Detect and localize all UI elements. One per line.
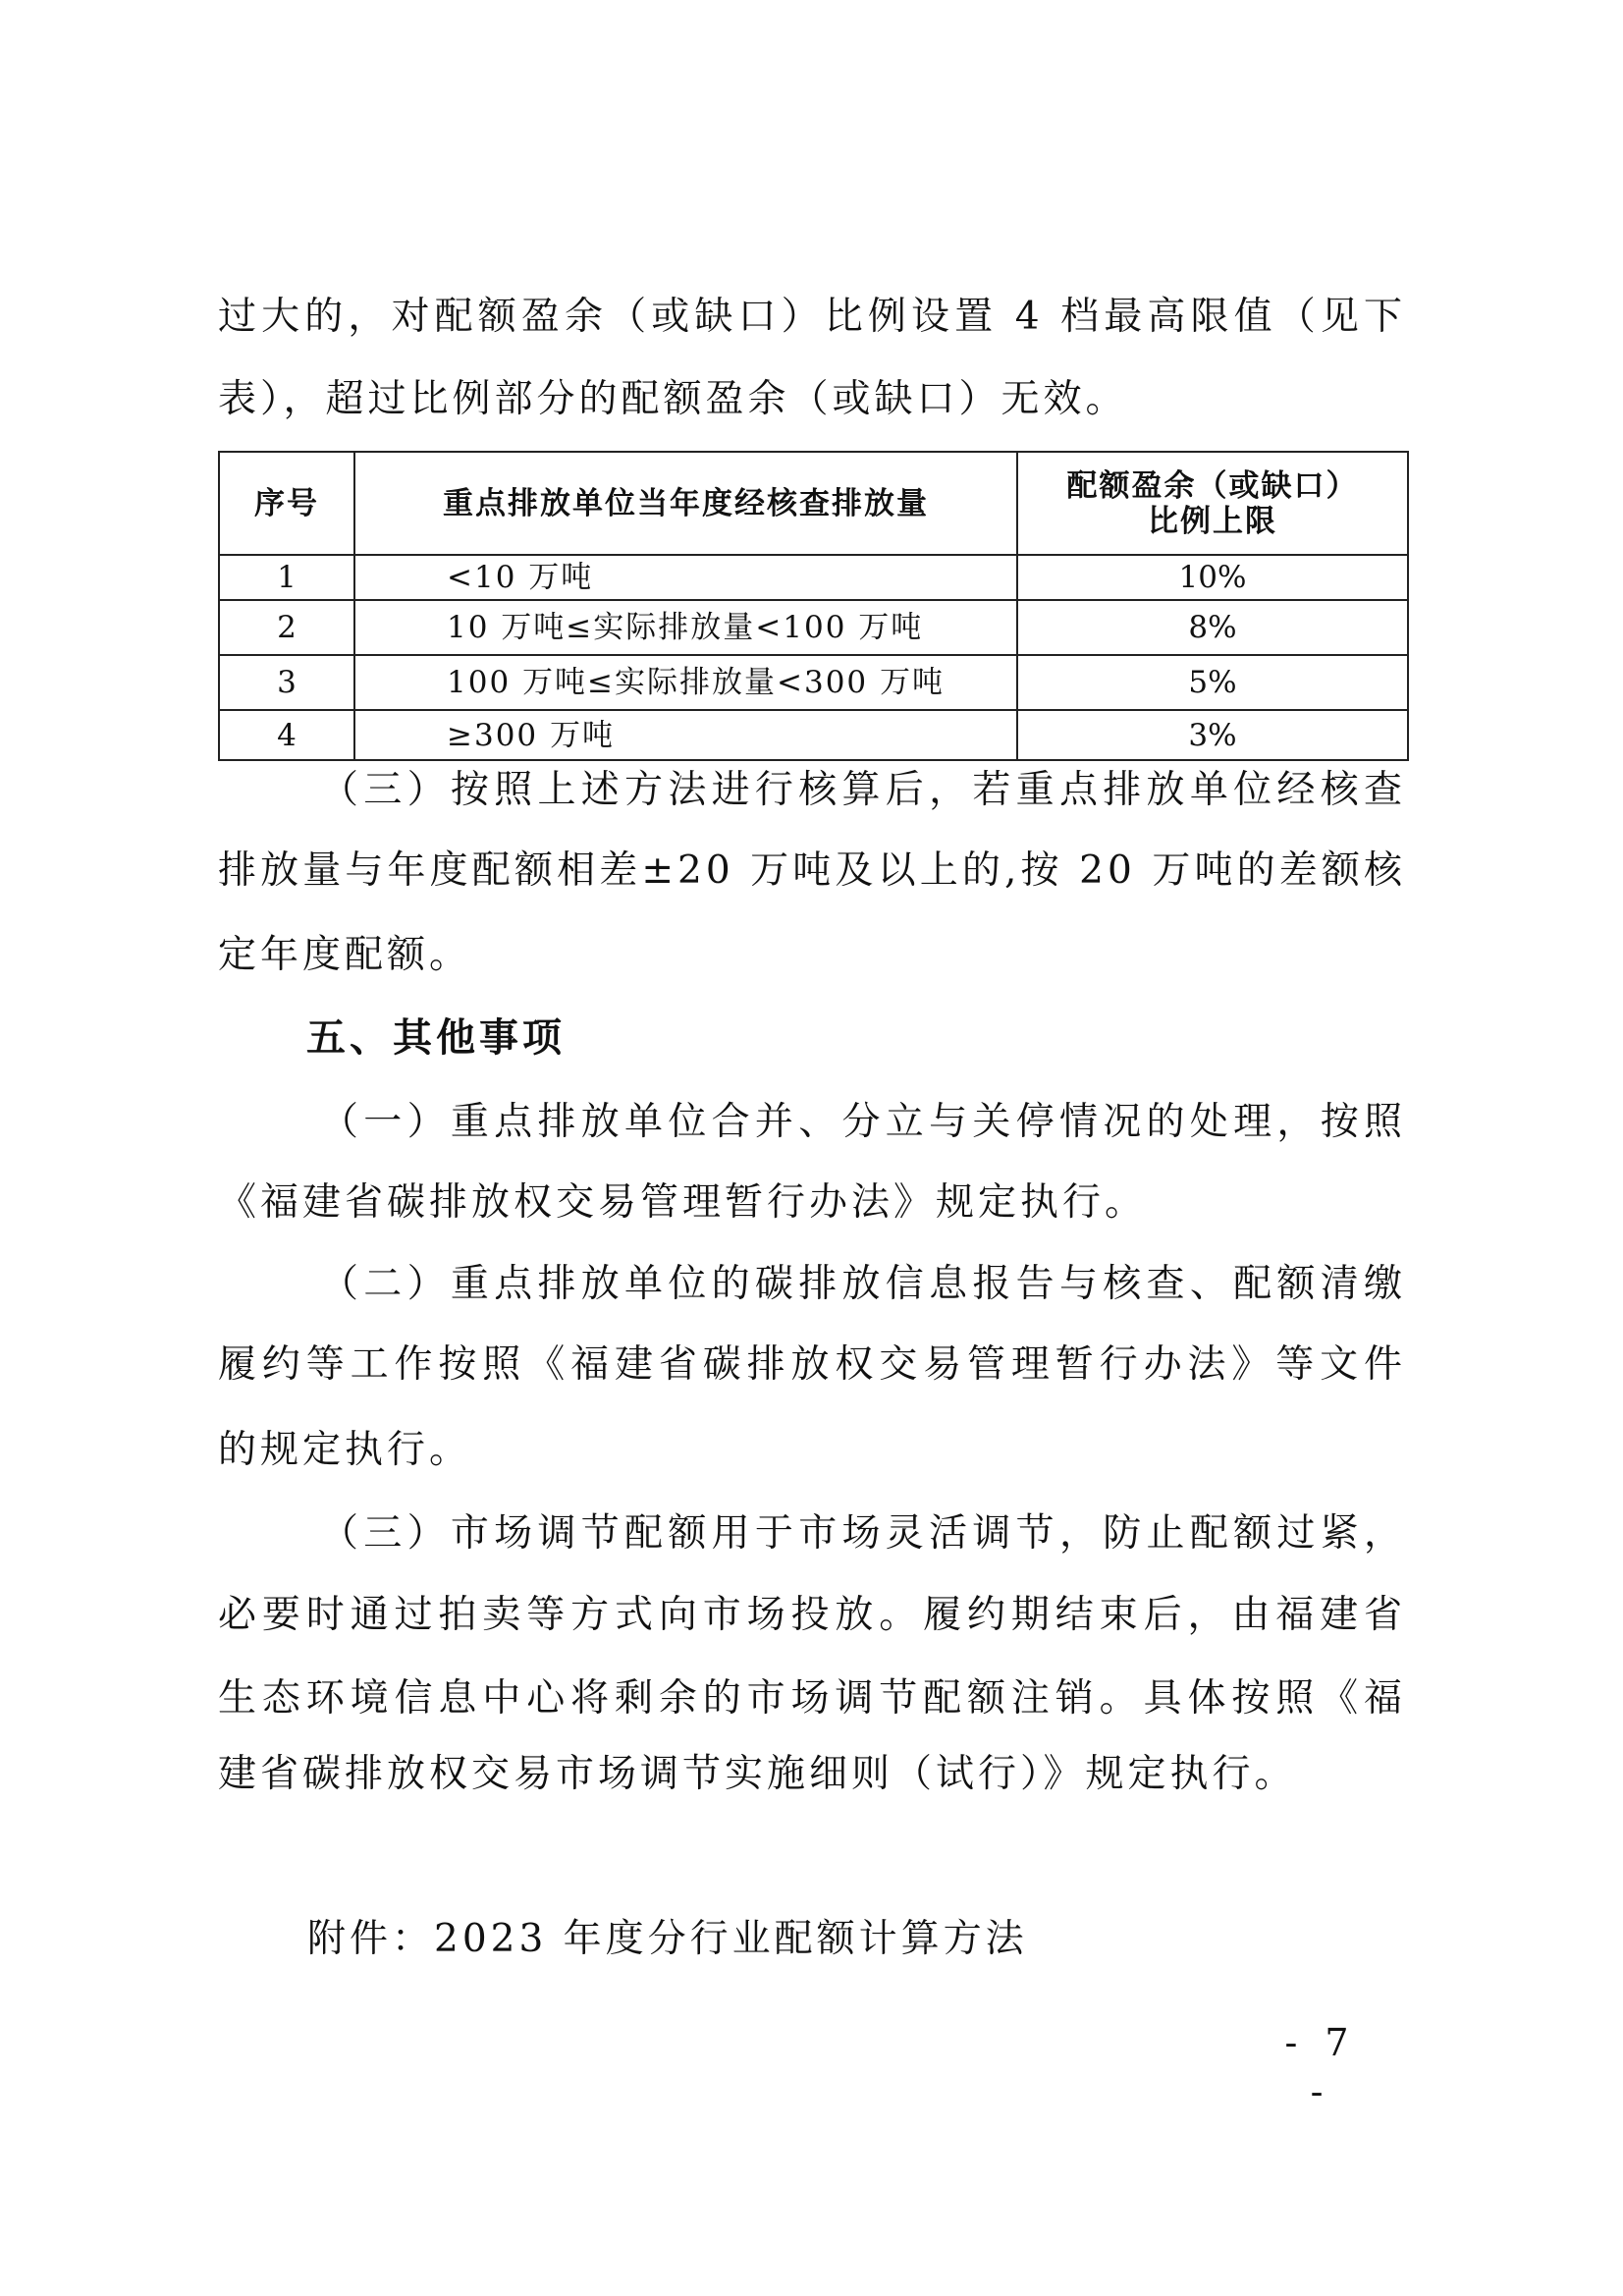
item-two-line-1: （二）重点排放单位的碳排放信息报告与核查、配额清缴: [218, 1260, 1406, 1309]
document-page: 过大的，对配额盈余（或缺口）比例设置 4 档最高限值（见下 表），超过比例部分的…: [0, 0, 1623, 2296]
table-row: 2 10 万吨≤实际排放量<100 万吨 8%: [219, 600, 1408, 655]
intro-line-1: 过大的，对配额盈余（或缺口）比例设置 4 档最高限值（见下: [218, 293, 1406, 342]
para-three-line-2: 排放量与年度配额相差±20 万吨及以上的,按 20 万吨的差额核: [218, 847, 1406, 896]
header-emission: 重点排放单位当年度经核查排放量: [354, 452, 1017, 555]
table-header-row: 序号 重点排放单位当年度经核查排放量 配额盈余（或缺口） 比例上限: [219, 452, 1408, 555]
cell-index: 3: [219, 655, 354, 710]
section-heading: 五、其他事项: [306, 1013, 566, 1063]
header-limit-line-2: 比例上限: [1018, 504, 1407, 539]
item-two-line-2: 履约等工作按照《福建省碳排放权交易管理暂行办法》等文件: [218, 1340, 1406, 1390]
table-row: 1 <10 万吨 10%: [219, 555, 1408, 600]
cell-index: 4: [219, 710, 354, 760]
item-three-line-4: 建省碳排放权交易市场调节实施细则（试行）》规定执行。: [218, 1750, 1406, 1799]
cell-index: 2: [219, 600, 354, 655]
header-index: 序号: [219, 452, 354, 555]
cell-emission: ≥300 万吨: [354, 710, 1017, 760]
cell-index: 1: [219, 555, 354, 600]
cell-emission: 100 万吨≤实际排放量<300 万吨: [354, 655, 1017, 710]
table-row: 4 ≥300 万吨 3%: [219, 710, 1408, 760]
item-three-line-1: （三）市场调节配额用于市场灵活调节，防止配额过紧，: [218, 1509, 1406, 1558]
header-limit-line-1: 配额盈余（或缺口）: [1018, 468, 1407, 504]
para-three-line-1: （三）按照上述方法进行核算后，若重点排放单位经核查: [218, 766, 1406, 815]
cell-emission: 10 万吨≤实际排放量<100 万吨: [354, 600, 1017, 655]
item-two-line-3: 的规定执行。: [218, 1426, 1406, 1475]
cell-limit: 10%: [1017, 555, 1408, 600]
item-one-line-2: 《福建省碳排放权交易管理暂行办法》规定执行。: [218, 1178, 1406, 1228]
cell-limit: 5%: [1017, 655, 1408, 710]
header-limit: 配额盈余（或缺口） 比例上限: [1017, 452, 1408, 555]
quota-limit-table: 序号 重点排放单位当年度经核查排放量 配额盈余（或缺口） 比例上限 1 <10 …: [218, 451, 1409, 761]
item-one-line-1: （一）重点排放单位合并、分立与关停情况的处理，按照: [218, 1098, 1406, 1147]
attachment-note: 附件：2023 年度分行业配额计算方法: [307, 1915, 1387, 1964]
cell-limit: 8%: [1017, 600, 1408, 655]
item-three-line-2: 必要时通过拍卖等方式向市场投放。履约期结束后，由福建省: [218, 1591, 1406, 1640]
page-number: - 7 -: [1267, 2018, 1375, 2116]
cell-emission: <10 万吨: [354, 555, 1017, 600]
cell-limit: 3%: [1017, 710, 1408, 760]
para-three-line-3: 定年度配额。: [218, 931, 1406, 980]
item-three-line-3: 生态环境信息中心将剩余的市场调节配额注销。具体按照《福: [218, 1674, 1406, 1723]
intro-line-2: 表），超过比例部分的配额盈余（或缺口）无效。: [218, 375, 1406, 424]
table-row: 3 100 万吨≤实际排放量<300 万吨 5%: [219, 655, 1408, 710]
